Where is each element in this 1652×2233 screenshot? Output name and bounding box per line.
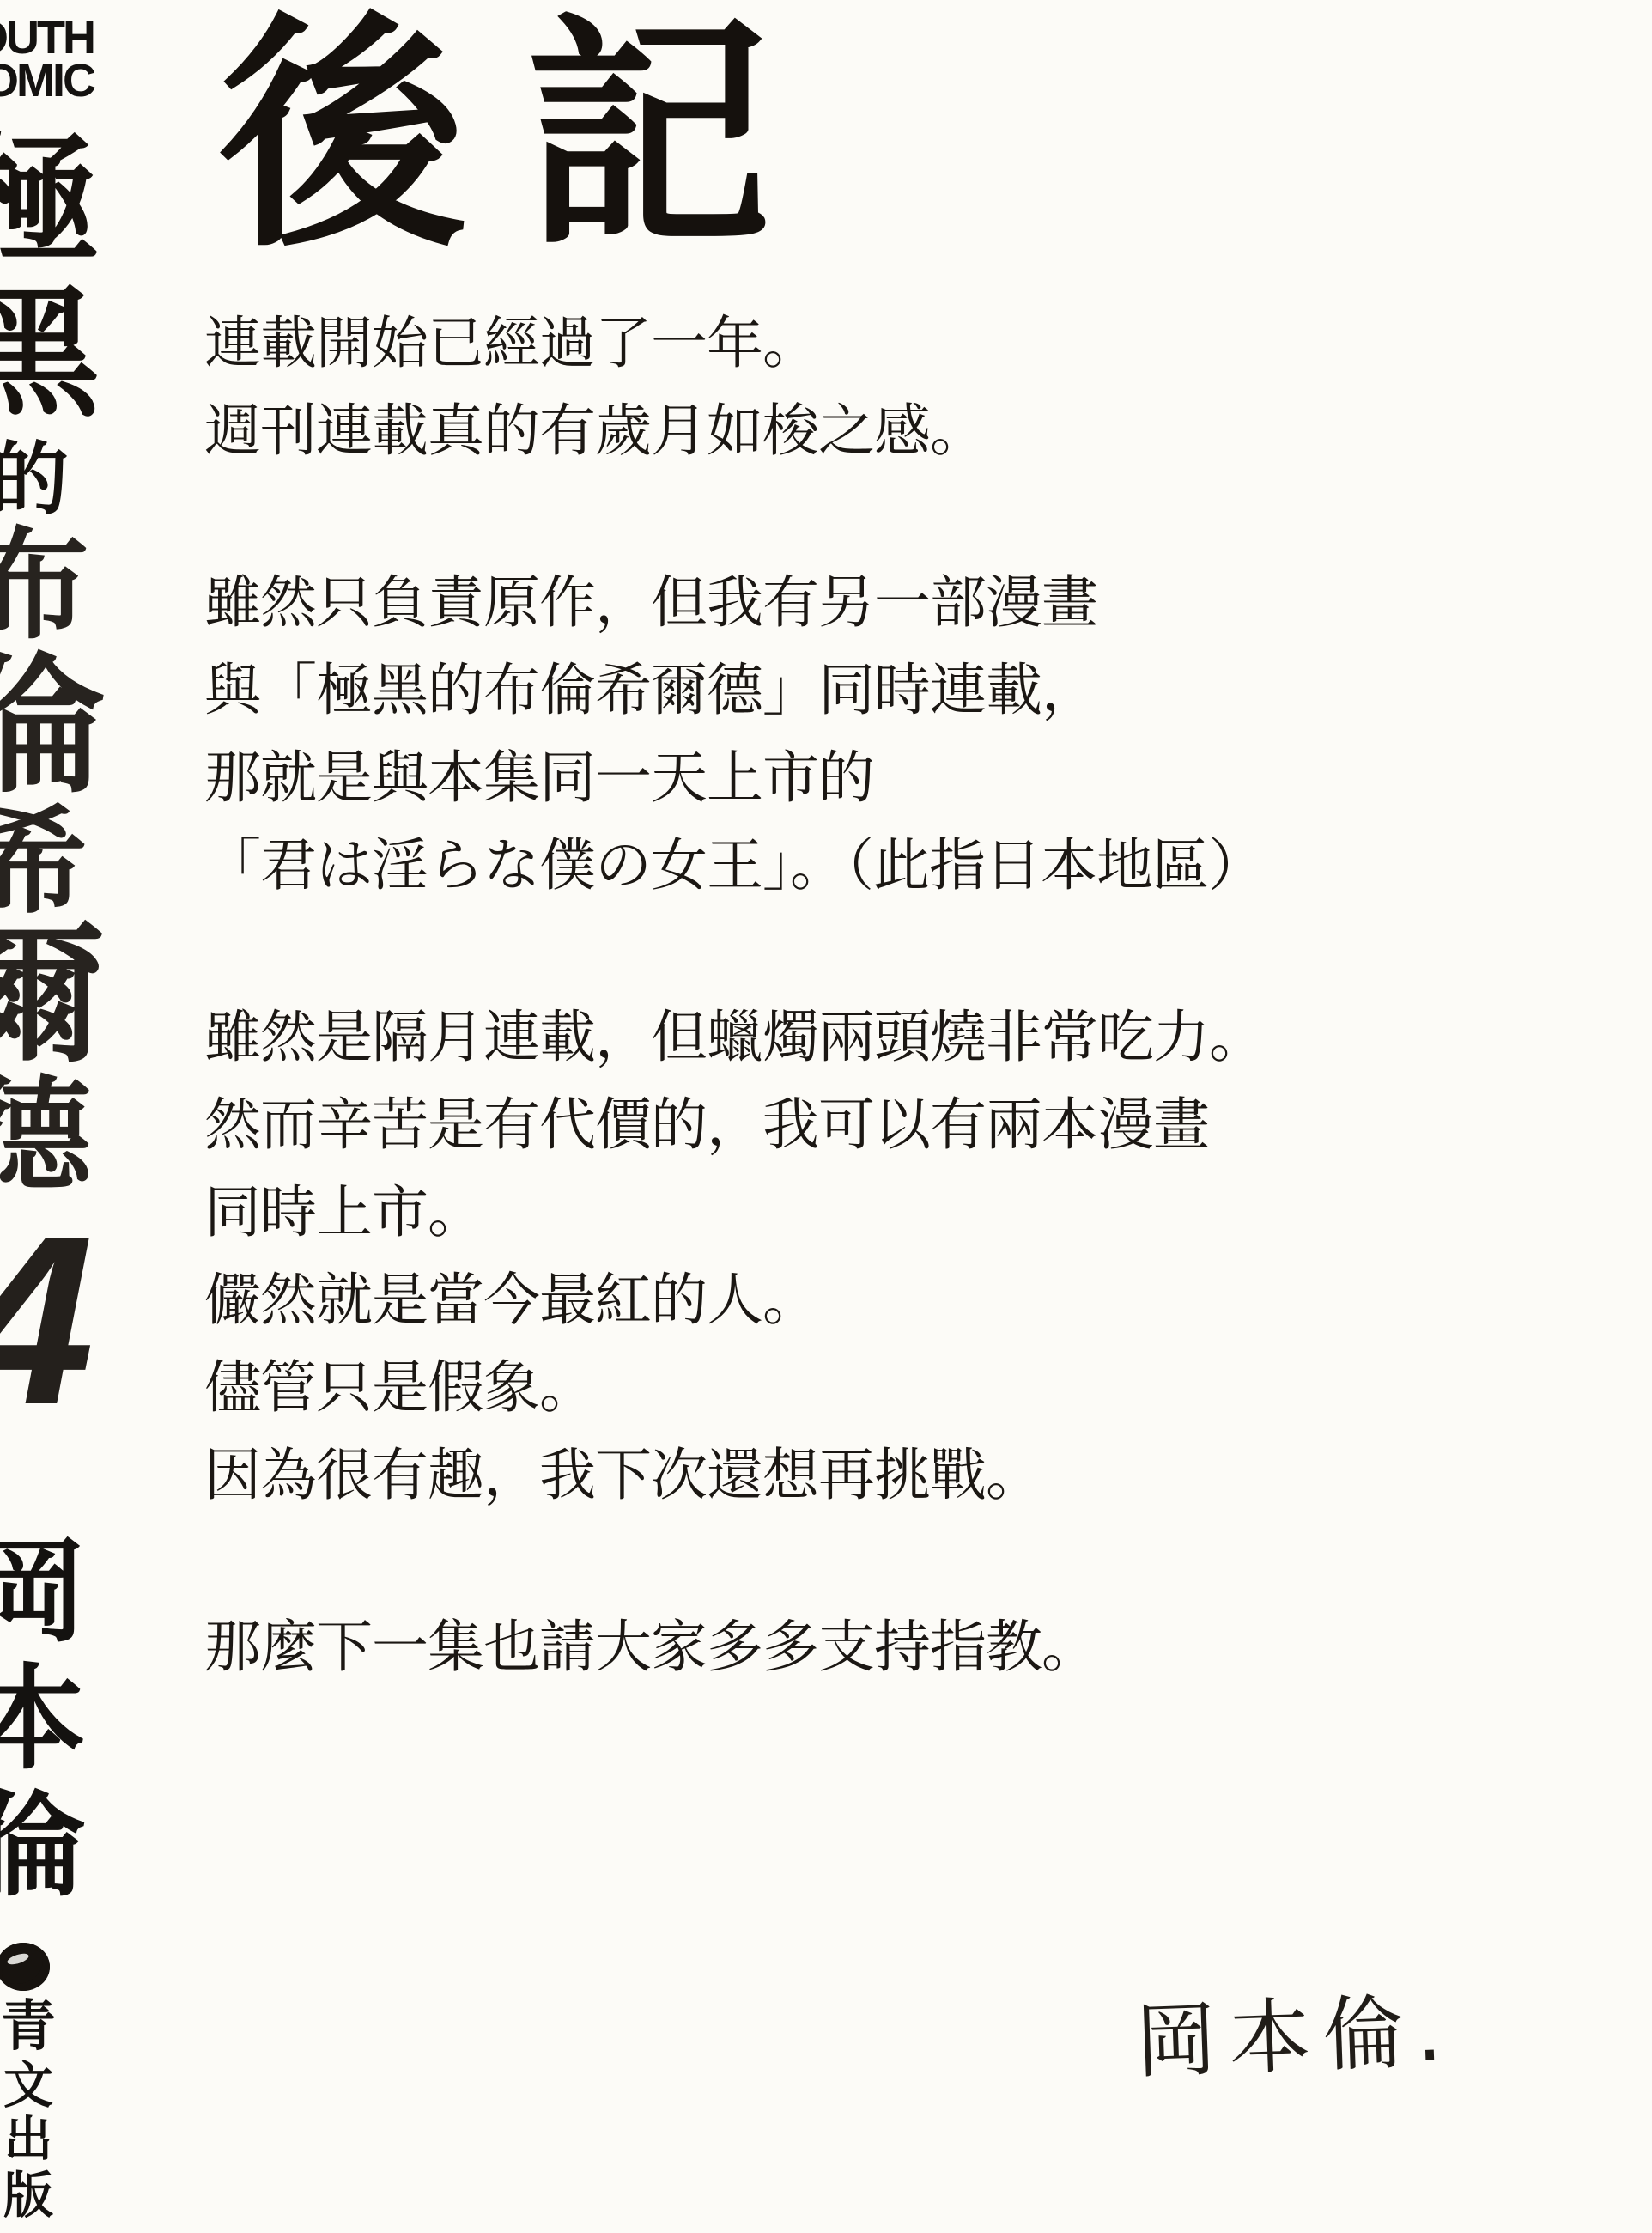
logo-line-1: YOUTH <box>0 17 94 60</box>
series-title-char: 極 <box>0 131 103 272</box>
author-signature: 岡本倫. <box>1133 1967 1456 2095</box>
book-spine: YOUTH COMIC 極 黑 的 布 倫 希 爾 德 4 岡 本 倫 青 文 … <box>0 0 129 2233</box>
youth-comic-logo: YOUTH COMIC <box>0 17 94 102</box>
body-line: 週刊連載真的有歲月如梭之感。 <box>204 390 1544 478</box>
body-line: 同時上市。 <box>204 1171 1544 1259</box>
body-line: 「君は淫らな僕の女王」。（此指日本地區） <box>204 824 1544 912</box>
series-title-char: 倫 <box>0 651 103 801</box>
body-line: 雖然是隔月連載，但蠟燭兩頭燒非常吃力。 <box>204 996 1544 1084</box>
body-line: 與「極黑的布倫希爾德」同時連載， <box>204 649 1544 737</box>
afterword-body: 連載開始已經過了一年。 週刊連載真的有歲月如梭之感。 雖然只負責原作，但我有另一… <box>204 302 1544 1694</box>
body-line: 儘管只是假象。 <box>204 1347 1544 1434</box>
publisher-name-vertical: 青 文 出 版 <box>0 1999 82 2226</box>
series-title-char: 希 <box>0 803 103 919</box>
body-line: 那麼下一集也請大家多多支持指教。 <box>204 1606 1544 1694</box>
body-line: 因為很有趣，我下次還想再挑戰。 <box>204 1434 1544 1522</box>
series-title-vertical: 極 黑 的 布 倫 希 爾 德 <box>0 131 103 1199</box>
logo-line-2: COMIC <box>0 60 94 103</box>
author-name-char: 岡 <box>0 1536 94 1649</box>
body-line: 然而辛苦是有代價的，我可以有兩本漫畫 <box>204 1084 1544 1171</box>
series-title-char: 爾 <box>0 921 103 1071</box>
page-title: 後記 <box>219 7 830 266</box>
body-line: 那就是與本集同一天上市的 <box>204 737 1544 824</box>
publisher-name-char: 出 <box>0 2116 82 2164</box>
author-name-char: 本 <box>0 1663 94 1776</box>
volume-number: 4 <box>0 1201 105 1441</box>
publisher-mark-icon <box>0 1943 50 1991</box>
author-name-vertical: 岡 本 倫 <box>0 1536 94 1917</box>
author-name-char: 倫 <box>0 1790 94 1903</box>
series-title-char: 德 <box>0 1074 103 1199</box>
publisher-name-char: 版 <box>0 2170 82 2220</box>
publisher-name-char: 青 <box>0 1999 82 2054</box>
body-line: 連載開始已經過了一年。 <box>204 302 1544 390</box>
body-line: 儼然就是當今最紅的人。 <box>204 1259 1544 1347</box>
series-title-char: 布 <box>0 526 103 646</box>
afterword-page: YOUTH COMIC 極 黑 的 布 倫 希 爾 德 4 岡 本 倫 青 文 … <box>0 0 1652 2233</box>
publisher-name-char: 文 <box>0 2060 82 2110</box>
series-title-char: 黑 <box>0 283 103 424</box>
body-line: 雖然只負責原作，但我有另一部漫畫 <box>204 562 1544 649</box>
series-title-char: 的 <box>0 440 103 519</box>
